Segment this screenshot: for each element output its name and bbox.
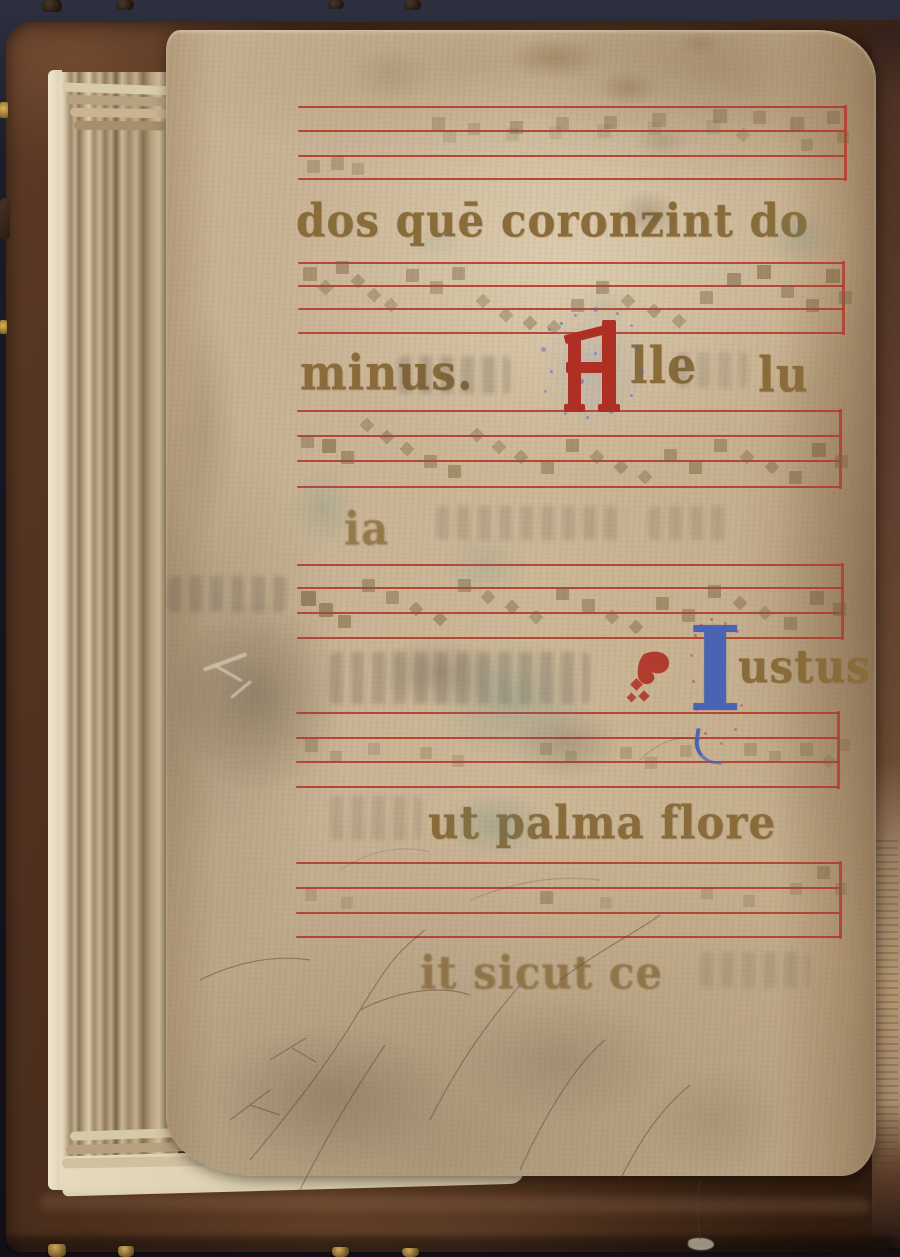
manuscript-photo-scene: dos quē coronzint dominus.lleluiaustusut… xyxy=(0,0,900,1257)
brass-foot xyxy=(118,1246,134,1257)
brass-foot xyxy=(48,1244,66,1257)
leather-bottom-shade xyxy=(6,1236,896,1252)
brass-foot xyxy=(332,1247,349,1257)
crack-lines xyxy=(0,0,900,1257)
brass-foot xyxy=(402,1248,419,1257)
